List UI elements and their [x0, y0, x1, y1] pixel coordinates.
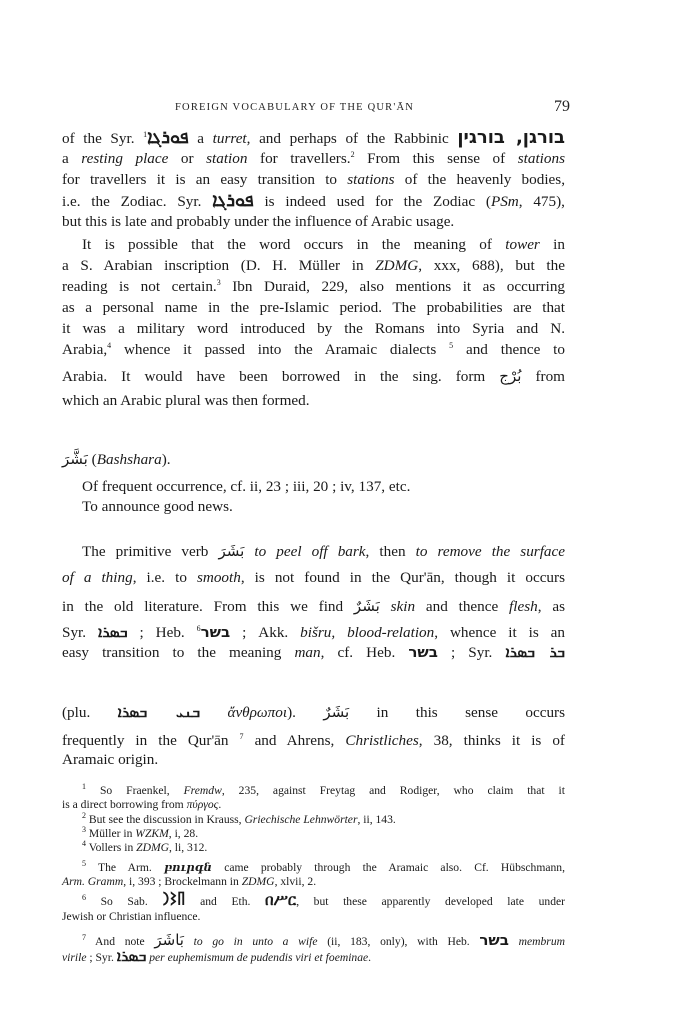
arabic-word: بَشَرٌ: [323, 703, 349, 721]
syriac-word: ܒܪ ܒܣܪܐ: [505, 643, 565, 661]
arabic-word: بُرْج: [499, 367, 521, 385]
text-line: of the Syr. ܦܘܪܓܐ1 a turret, and perhaps…: [62, 128, 565, 149]
text-line: which an Arabic plural was then formed.: [62, 391, 565, 411]
hebrew-word: בורגן, בורגין: [457, 127, 565, 148]
footnote-4: 4 Vollers in ZDMG, li, 312.: [62, 840, 565, 855]
entry-occurrence: Of frequent occurrence, cf. ii, 23 ; iii…: [62, 477, 565, 497]
syriac-word: ܒܢܝ ܒܣܪܐ: [118, 703, 200, 721]
text-line: i.e. the Zodiac. Syr. ܦܘܪܓܐ is indeed us…: [62, 191, 565, 212]
footnote-1-cont: is a direct borrowing from πύργος.: [62, 797, 565, 812]
entry-meaning: To announce good news.: [62, 497, 565, 517]
text-line: frequently in the Qur'ān 7 and Ahrens, C…: [62, 731, 565, 751]
text-line: but this is late and probably under the …: [62, 212, 565, 232]
text-line: easy transition to the meaning man, cf. …: [62, 642, 565, 663]
arabic-word: بَاشَرَ: [154, 931, 184, 949]
text-line: Aramaic origin.: [62, 750, 565, 770]
text-line: a resting place or station for traveller…: [62, 149, 565, 169]
text-line: Arabia. It would have been borrowed in t…: [62, 366, 565, 387]
arabic-word: بَشَرَ: [218, 542, 244, 560]
text-line: as a personal name in the pre-Islamic pe…: [62, 298, 565, 318]
headword-arabic: بَشَّرَ: [62, 450, 88, 468]
syriac-word: ܦܘܪܓܐ: [212, 190, 254, 211]
text-line: for travellers it is an easy transition …: [62, 170, 565, 190]
hebrew-word: בשר: [408, 643, 438, 661]
text-line: Arabia,4 whence it passed into the Arama…: [62, 340, 565, 360]
footnote-1: 1 So Fraenkel, Fremdw, 235, against Frey…: [62, 783, 565, 798]
text-line: (plu. ܒܢܝ ܒܣܪܐ ἄνθρωποι). بَشَرٌ in this…: [62, 702, 565, 723]
hebrew-word: בשר: [479, 931, 509, 949]
footnote-6: 6 So Sab. 𐩨𐩦𐩧 and Eth. በሥር, but these ap…: [62, 893, 565, 909]
page-header: FOREIGN VOCABULARY OF THE QUR'ĀN 79: [175, 100, 570, 120]
footnote-2: 2 But see the discussion in Krauss, Grie…: [62, 812, 565, 827]
running-title: FOREIGN VOCABULARY OF THE QUR'ĀN: [175, 102, 414, 113]
entry-heading: بَشَّرَ (Bashshara).: [62, 449, 565, 470]
footnote-5: 5 The Arm. բուրգն came probably through …: [62, 860, 565, 875]
footnote-3: 3 Müller in WZKM, i, 28.: [62, 826, 565, 841]
ethiopic-word: በሥር: [265, 891, 296, 909]
text-line: in the old literature. From this we find…: [62, 596, 565, 617]
text-line: The primitive verb بَشَرَ to peel off ba…: [62, 541, 565, 562]
syriac-word: ܦܘܪܓܐ: [147, 127, 189, 148]
footnote-7-cont: virile ; Syr. ܒܣܪܐ per euphemismum de pu…: [62, 949, 565, 965]
greek-word: ἄνθρωποι: [227, 704, 287, 721]
text-line: Syr. ܒܣܪܐ ; Heb. בשר6 ; Akk. bišru, bloo…: [62, 622, 565, 643]
text-line: it was a military word introduced by the…: [62, 319, 565, 339]
arabic-word: بَشَرٌ: [354, 597, 380, 615]
sabaean-word: 𐩨𐩦𐩧: [162, 891, 185, 909]
text-line: a S. Arabian inscription (D. H. Müller i…: [62, 256, 565, 276]
text-line: It is possible that the word occurs in t…: [62, 235, 565, 255]
syriac-word: ܒܣܪܐ: [117, 947, 147, 965]
hebrew-word: בשר: [201, 623, 231, 641]
syriac-word: ܒܣܪܐ: [98, 623, 128, 641]
footnote-6-cont: Jewish or Christian influence.: [62, 909, 565, 924]
text-line: reading is not certain.3 Ibn Duraid, 229…: [62, 277, 565, 297]
headword-transliteration: Bashshara: [97, 451, 162, 468]
book-page: FOREIGN VOCABULARY OF THE QUR'ĀN 79 of t…: [0, 0, 688, 1020]
page-number: 79: [554, 98, 570, 116]
footnote-5-cont: Arm. Gramm, i, 393 ; Brockelmann in ZDMG…: [62, 874, 565, 889]
armenian-word: բուրգն: [164, 861, 212, 874]
text-line: of a thing, i.e. to smooth, is not found…: [62, 568, 565, 588]
